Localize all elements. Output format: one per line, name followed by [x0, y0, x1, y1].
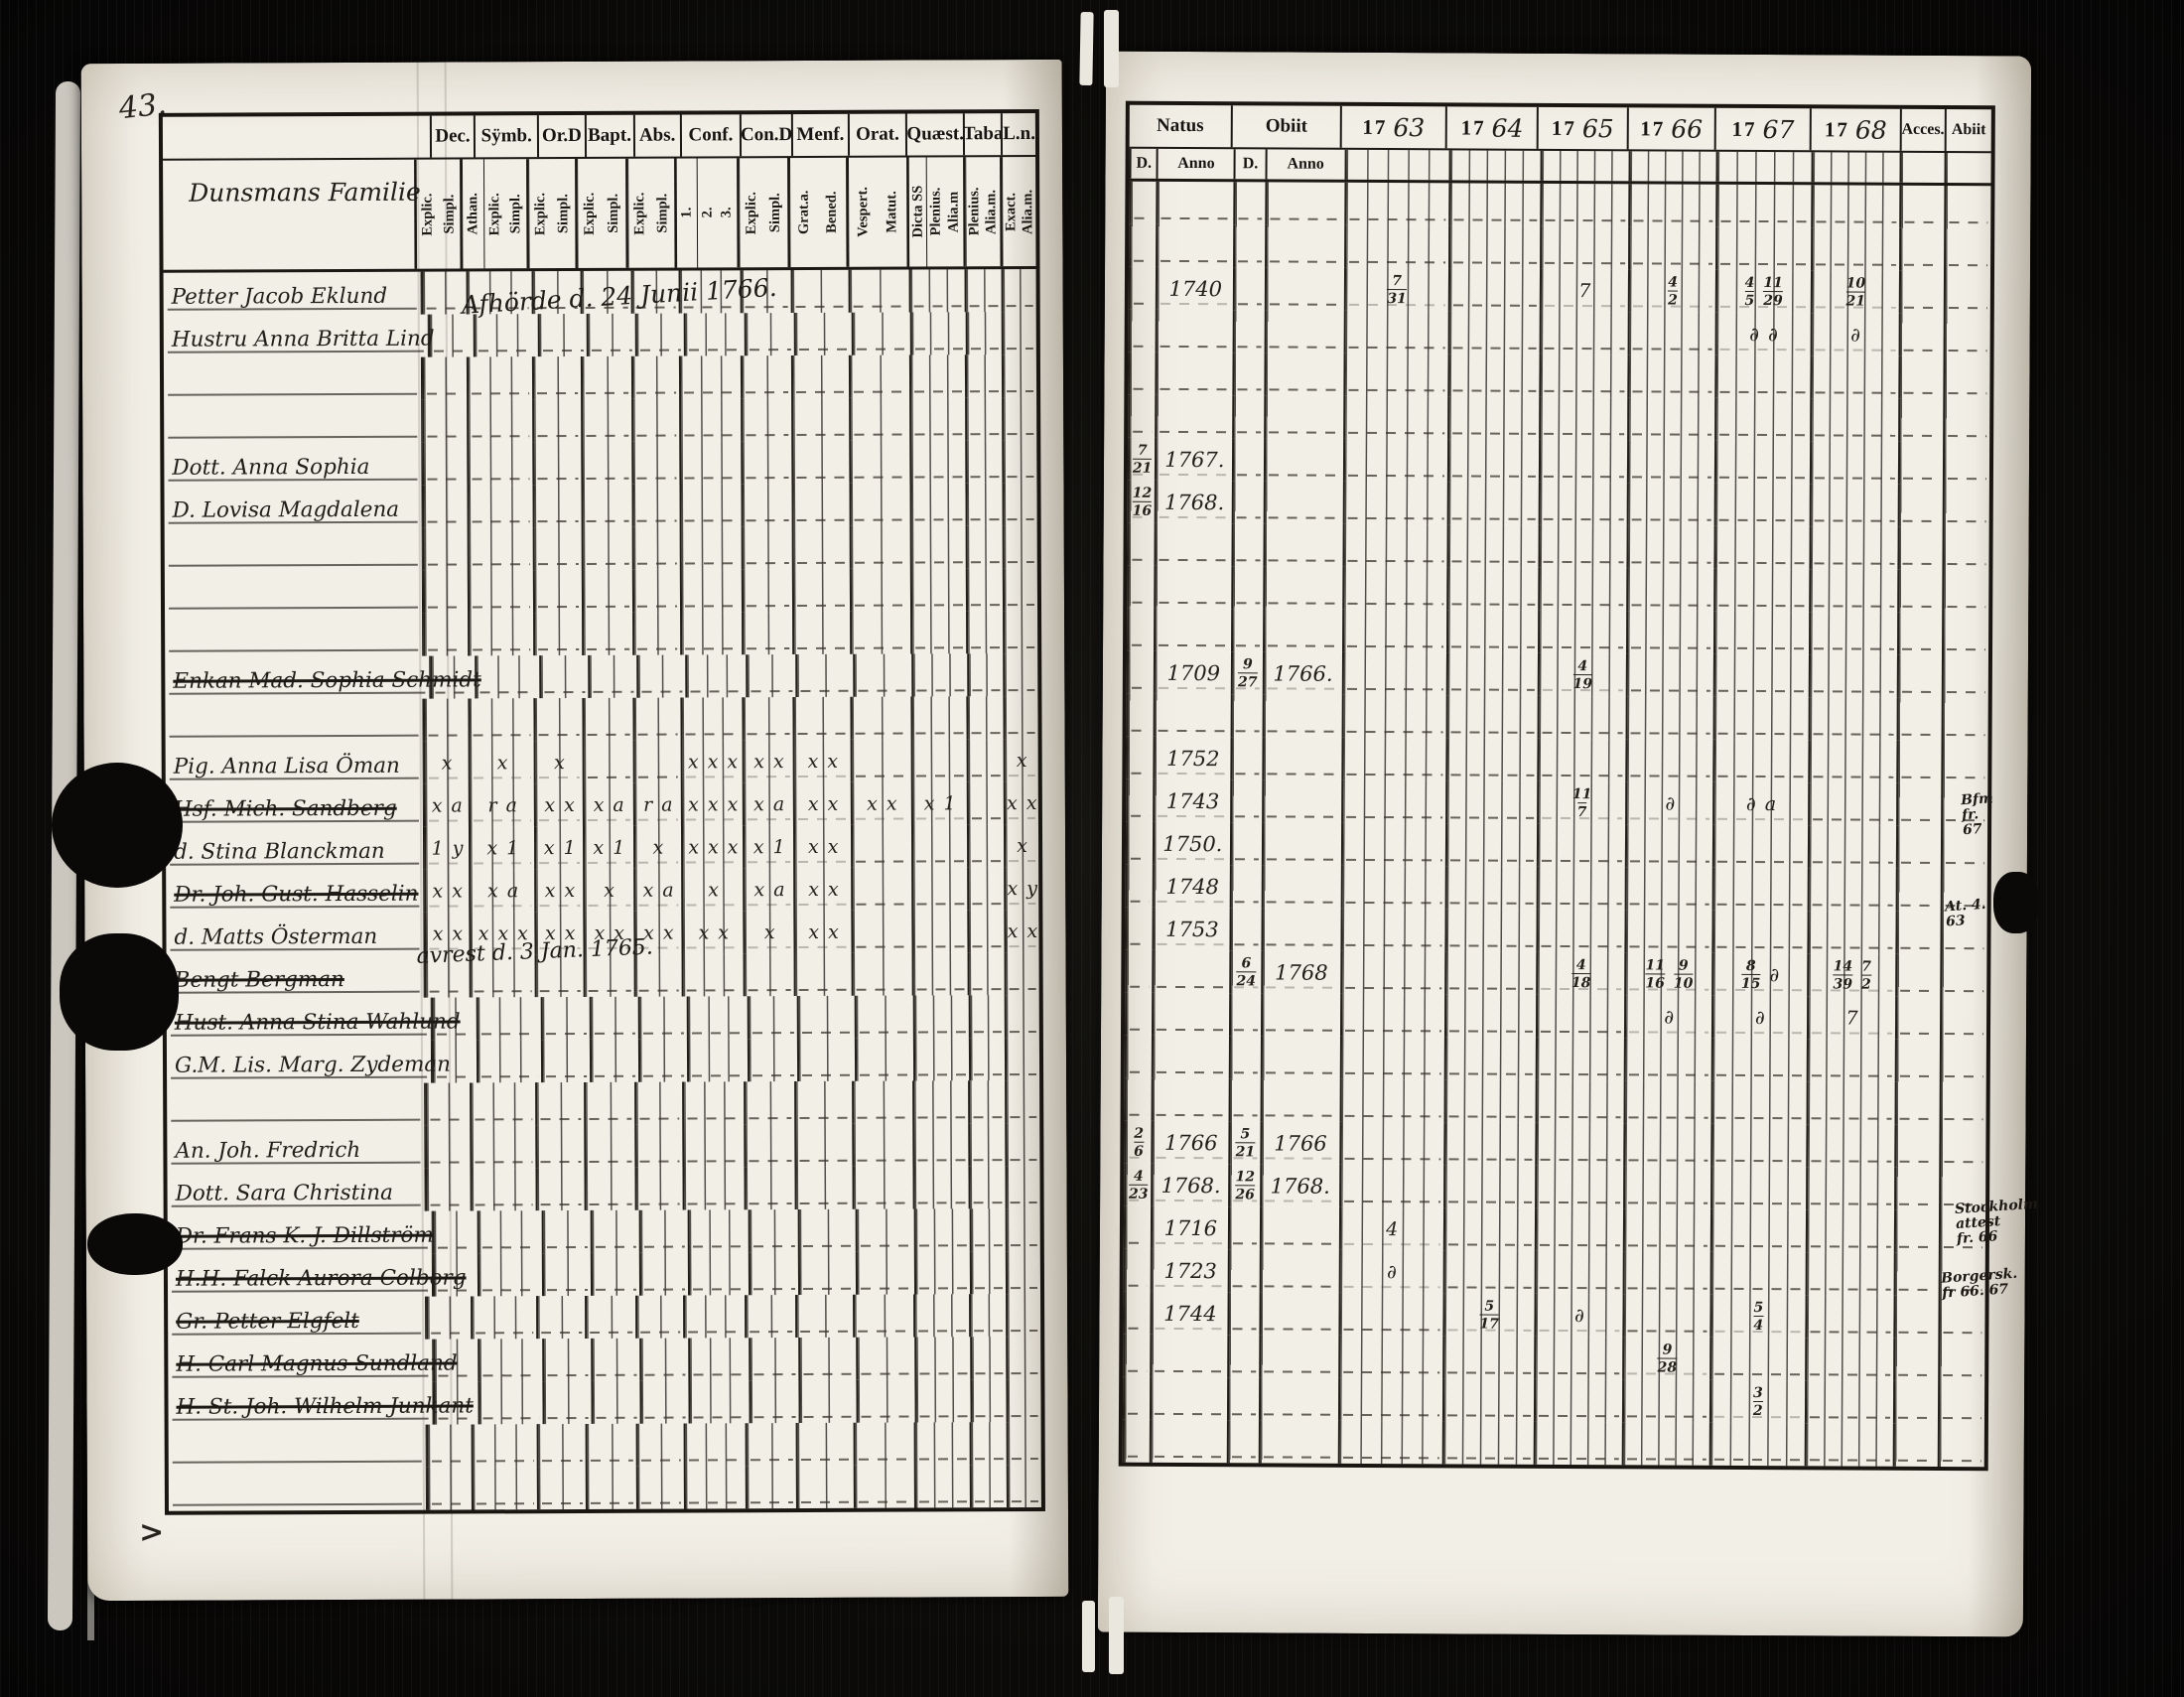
dash-rule — [1631, 689, 1710, 691]
mark-cell — [426, 1296, 472, 1339]
obiit-anno-cell — [1261, 822, 1340, 865]
dash-rule — [1347, 517, 1443, 520]
dash-rule — [1904, 307, 1941, 309]
mark-cell — [970, 1337, 1007, 1379]
dash-rule — [689, 1501, 743, 1503]
mark-cell — [796, 1423, 855, 1466]
dash-rule — [1630, 817, 1709, 819]
dash-rule — [799, 989, 849, 991]
dash-rule — [1719, 519, 1807, 521]
sub-column-label: Athan. — [462, 159, 483, 268]
dash-rule — [430, 1118, 468, 1120]
dash-rule — [432, 1502, 470, 1504]
obiit-day-cell — [1232, 438, 1263, 481]
natus-anno-cell: 1740 — [1156, 267, 1233, 310]
dash-rule — [856, 861, 907, 863]
dash-rule — [1236, 730, 1259, 732]
dash-rule — [1159, 730, 1228, 732]
mark-cell — [745, 313, 794, 355]
year-cell — [1443, 1079, 1535, 1122]
name-cell: Hsf. Mich. Sandberg — [166, 784, 424, 828]
obiit-day-cell: 927 — [1231, 651, 1262, 694]
handwritten-mark: x — [708, 879, 719, 901]
dash-rule — [1544, 390, 1625, 392]
handwritten-mark: ∂ — [1574, 1305, 1584, 1327]
mark-cell — [795, 1295, 854, 1338]
dash-rule — [475, 905, 532, 907]
fraction-bottom: 7 — [1577, 802, 1587, 820]
mark-cell: x — [1004, 824, 1038, 867]
year-cell — [1622, 1379, 1709, 1422]
dash-rule — [1543, 646, 1624, 648]
dash-rule — [1815, 477, 1896, 479]
dash-rule — [802, 1074, 852, 1076]
mark-cell — [967, 781, 1004, 824]
dash-rule — [1816, 263, 1897, 265]
table-row: 2617665211766 — [1124, 1121, 1985, 1169]
subheader-dec: Explic.Simpl. — [414, 159, 461, 268]
dash-rule — [975, 1244, 1004, 1246]
right-subheader-row: D.AnnoD.Anno — [1129, 149, 1990, 187]
obiit-anno-cell: 1766 — [1260, 1121, 1339, 1164]
dash-rule — [1265, 1071, 1336, 1073]
dash-rule — [1268, 516, 1339, 518]
table-row: 1743117∂∂a — [1126, 779, 1987, 827]
dash-rule — [546, 1033, 586, 1035]
year-cell — [1807, 911, 1896, 953]
handwritten-mark: ∂ — [1755, 1007, 1765, 1029]
year-cell — [1443, 1122, 1535, 1165]
obiit-day-cell — [1229, 1036, 1260, 1078]
year-cell — [1538, 483, 1627, 525]
dash-rule — [1344, 1158, 1440, 1161]
obiit-day-cell — [1227, 1377, 1258, 1420]
dash-rule — [1815, 349, 1896, 351]
mark-cell — [851, 868, 910, 911]
year-cell — [1343, 396, 1448, 440]
dash-rule — [1630, 903, 1709, 905]
abiit-cell — [1944, 314, 1990, 356]
mark-cell — [632, 613, 681, 655]
dash-rule — [803, 1373, 853, 1375]
dash-rule — [687, 904, 741, 906]
dash-rule — [1901, 819, 1938, 821]
handwritten-mark: x — [887, 792, 897, 814]
obiit-day-cell — [1230, 822, 1261, 865]
dash-rule — [798, 733, 848, 735]
mark-cell — [639, 1253, 687, 1296]
year-cell — [1539, 354, 1628, 397]
abiit-cell — [1942, 613, 1988, 655]
mark-cell — [913, 995, 969, 1038]
mark-cell — [914, 1337, 970, 1379]
mark-cell — [1002, 397, 1036, 440]
dash-rule — [855, 562, 906, 564]
mark-cell — [537, 1424, 586, 1467]
mark-cell: xx — [793, 825, 852, 868]
natus-day-cell — [1127, 523, 1155, 566]
dash-rule — [645, 1374, 685, 1376]
dash-rule — [970, 305, 999, 307]
mark-cell — [745, 1295, 795, 1338]
handwritten-mark: x — [452, 922, 463, 944]
year-cell — [1623, 1294, 1710, 1337]
obiit-anno-cell — [1265, 224, 1344, 267]
dash-rule — [1627, 1415, 1706, 1417]
obiit-day-cell — [1228, 1335, 1259, 1377]
dash-rule — [751, 1501, 793, 1503]
table-row: 1723∂ — [1124, 1249, 1985, 1297]
natus-anno-cell — [1154, 694, 1231, 737]
dash-rule — [1541, 903, 1622, 905]
natus-day-cell — [1127, 651, 1155, 694]
dash-rule — [1810, 1331, 1891, 1333]
year-cell — [1538, 611, 1627, 653]
dash-rule — [1450, 774, 1534, 776]
natus-day-cell: 423 — [1124, 1164, 1152, 1206]
dash-rule — [1946, 947, 1984, 949]
dash-rule — [1900, 1161, 1937, 1163]
dash-rule — [750, 1202, 792, 1204]
dash-rule — [1539, 1372, 1620, 1374]
natus-day-cell — [1129, 182, 1157, 224]
natus-year: 1768. — [1160, 1173, 1220, 1197]
dash-rule — [1631, 732, 1710, 734]
mark-cell — [637, 655, 685, 698]
dash-rule — [748, 776, 790, 778]
mark-fraction: 26 — [1134, 1125, 1144, 1159]
year-cell — [1535, 1038, 1624, 1080]
year-cell — [1341, 780, 1446, 824]
dash-rule — [747, 562, 789, 564]
dash-rule — [1131, 773, 1150, 775]
mark-cell — [683, 1167, 745, 1209]
mark-cell — [791, 484, 850, 526]
year-cell — [1448, 268, 1540, 311]
year-cell — [1340, 866, 1445, 910]
dash-rule — [1347, 475, 1443, 478]
dash-rule — [482, 1246, 539, 1248]
dash-rule — [973, 945, 1002, 947]
mark-cell — [533, 399, 582, 442]
dash-rule — [482, 1289, 539, 1291]
obiit-year: 1768. — [1271, 1174, 1330, 1198]
dash-rule — [686, 776, 740, 778]
dash-rule — [594, 1033, 635, 1035]
mark-cell — [911, 910, 968, 952]
dash-rule — [975, 1415, 1004, 1417]
mark-cell — [965, 269, 1002, 312]
year-cell — [1626, 739, 1713, 781]
dash-rule — [1349, 261, 1445, 264]
fraction-bottom: 29 — [1763, 291, 1783, 309]
dash-rule — [1156, 1285, 1225, 1287]
dash-rule — [1238, 431, 1261, 433]
mark-cell — [853, 1124, 912, 1167]
handwritten-mark: 1 — [613, 836, 624, 858]
mark-fraction: 32 — [1753, 1385, 1763, 1419]
abiit-cell — [1940, 1082, 1986, 1125]
table-row: Hust. Anna Stina Wahlund — [167, 995, 1039, 1042]
mark-cell — [634, 1168, 683, 1210]
margin-note: Borgersk. fr 66. 67 — [1941, 1267, 2019, 1302]
handwritten-mark: x — [728, 793, 739, 815]
table-row: 1748 — [1126, 865, 1987, 913]
dash-rule — [799, 349, 849, 351]
mark-cell — [742, 612, 792, 654]
dash-rule — [975, 1287, 1004, 1289]
dash-rule — [860, 1074, 911, 1076]
mark-cell — [536, 1125, 585, 1168]
name-cell: H. Carl Magnus Sundland — [168, 1340, 433, 1383]
dash-rule — [914, 433, 962, 435]
mark-cell — [591, 1339, 640, 1381]
table-row — [1129, 182, 1990, 229]
dash-rule — [1159, 644, 1228, 646]
fraction-bottom: 2 — [1753, 1401, 1763, 1419]
obiit-anno-cell — [1260, 1078, 1339, 1121]
mark-cell — [542, 1253, 590, 1296]
mark-cell — [471, 1125, 536, 1168]
dash-rule — [917, 1159, 965, 1161]
mark-cell — [536, 1296, 585, 1339]
mark-cell — [1003, 525, 1037, 568]
margin-mark: > — [139, 1515, 164, 1550]
dash-rule — [1159, 773, 1228, 775]
fraction-top: 7 — [1861, 958, 1871, 974]
dash-rule — [859, 1501, 910, 1503]
dash-rule — [797, 519, 847, 521]
year-cell: ∂a — [1712, 782, 1808, 825]
dash-rule — [750, 349, 791, 351]
name-cell: Dr. Frans K. J. Dillström — [168, 1211, 433, 1255]
dash-rule — [1238, 260, 1261, 262]
dash-rule — [860, 1245, 911, 1247]
obiit-day-cell — [1228, 1206, 1259, 1249]
year-cell: 928 — [1622, 1337, 1709, 1379]
subheader-label: D. — [1234, 149, 1265, 179]
name-cell: An. Joh. Fredrich — [167, 1126, 425, 1170]
handwritten-mark: ∂ — [1387, 1261, 1397, 1283]
name-cell: Dr. Joh. Gust. Hasselin — [166, 870, 424, 914]
fraction-top: 4 — [1745, 274, 1755, 290]
year-cell — [1626, 696, 1713, 739]
dash-rule — [797, 605, 847, 607]
dash-rule — [588, 819, 630, 821]
dash-rule — [590, 1332, 632, 1334]
year-cell — [1443, 1165, 1535, 1207]
dash-rule — [1628, 1287, 1707, 1289]
dash-rule — [474, 862, 531, 864]
mark-cell — [791, 355, 850, 398]
name-cell — [164, 400, 422, 444]
dash-rule — [751, 1331, 793, 1333]
year-cell — [1627, 525, 1714, 568]
dash-rule — [1715, 1288, 1803, 1290]
mark-cell: xa — [423, 783, 469, 826]
dash-rule — [1629, 988, 1708, 990]
mark-cell — [581, 442, 631, 485]
dash-rule — [1718, 733, 1806, 735]
dash-rule — [919, 1287, 967, 1289]
mark-cell: x1 — [534, 826, 583, 869]
dash-rule — [438, 1246, 475, 1248]
dash-rule — [1266, 943, 1337, 945]
mark-fraction: 517 — [1479, 1298, 1499, 1332]
dash-rule — [685, 647, 739, 649]
mark-cell — [584, 1125, 634, 1168]
dash-rule — [587, 606, 629, 608]
dash-rule — [971, 518, 1000, 520]
natus-anno-cell — [1151, 1335, 1228, 1377]
dash-rule — [861, 1373, 912, 1375]
obiit-day-cell — [1232, 566, 1263, 609]
mark-cell — [581, 356, 631, 399]
fraction-top: 8 — [1746, 957, 1756, 973]
dash-rule — [589, 990, 631, 992]
mark-cell — [681, 697, 743, 740]
dash-rule — [548, 1289, 588, 1291]
mark-cell — [911, 653, 967, 696]
year-cell — [1339, 1037, 1444, 1080]
dash-rule — [1811, 1074, 1892, 1076]
fraction-top: 9 — [1243, 656, 1253, 672]
sub-column-label: Exact. — [1002, 157, 1020, 266]
rule-line — [171, 1119, 420, 1122]
handwritten-mark: x — [764, 921, 775, 943]
dash-rule — [1943, 1460, 1981, 1462]
dash-rule — [1345, 944, 1441, 947]
obiit-day-cell — [1233, 353, 1264, 395]
mark-cell — [639, 1210, 687, 1253]
dash-rule — [645, 1417, 685, 1419]
mark-cell — [798, 1209, 856, 1252]
year-cell — [1622, 1422, 1709, 1465]
year-script: 68 — [1855, 115, 1887, 144]
mark-cell — [968, 1123, 1005, 1166]
year-cell — [1537, 696, 1626, 739]
mark-cell: xxx — [681, 782, 743, 825]
handwritten-mark: x — [753, 836, 764, 858]
dash-rule — [1902, 777, 1939, 778]
mark-cell — [912, 1123, 969, 1166]
dash-rule — [1161, 217, 1231, 219]
mark-cell: x1 — [910, 781, 967, 824]
dash-rule — [1949, 392, 1987, 394]
dash-rule — [1160, 346, 1230, 348]
mark-cell — [744, 953, 794, 996]
dash-rule — [644, 1246, 684, 1248]
mark-cell — [850, 526, 909, 569]
dash-rule — [1131, 815, 1150, 817]
dash-rule — [970, 476, 999, 478]
year-cell — [1626, 653, 1713, 696]
handwritten-mark: x — [1007, 878, 1018, 900]
handwritten-mark: x — [808, 878, 819, 900]
dash-rule — [1345, 1030, 1441, 1033]
natus-anno-cell: 1744 — [1151, 1292, 1228, 1335]
mark-cell — [1005, 995, 1039, 1038]
table-row: Dott. Anna Sophia — [164, 440, 1036, 487]
handwritten-mark: x — [487, 880, 498, 902]
dash-rule — [1233, 1242, 1256, 1244]
dash-rule — [747, 605, 789, 607]
natus-anno-cell: 1753 — [1153, 908, 1230, 950]
mark-cell — [1005, 1123, 1039, 1166]
year-cell — [1339, 1122, 1444, 1166]
mark-cell — [688, 1338, 750, 1380]
dash-rule — [586, 435, 628, 437]
year-cell — [1539, 312, 1628, 354]
dash-rule — [1899, 1203, 1936, 1205]
abiit-header: Abiit — [1945, 109, 1991, 151]
dash-rule — [689, 1459, 743, 1461]
dash-rule — [1157, 1071, 1226, 1073]
dash-rule — [473, 435, 530, 437]
dash-rule — [751, 1459, 793, 1461]
obiit-anno-cell — [1264, 395, 1343, 438]
acces-subgrid — [1900, 153, 1945, 183]
dash-rule — [972, 817, 1001, 819]
dash-rule — [917, 1116, 965, 1118]
natus-day-cell — [1126, 737, 1154, 779]
dash-rule — [1902, 648, 1939, 650]
year-cell: ∂ — [1338, 1250, 1443, 1294]
obiit-day-cell — [1229, 993, 1260, 1036]
table-row: 17099271766.419 — [1127, 651, 1988, 699]
acces-cell — [1898, 570, 1943, 613]
natus-day-cell — [1126, 822, 1154, 865]
dash-rule — [539, 734, 580, 736]
year-cell — [1445, 738, 1537, 780]
year-cell — [1628, 226, 1715, 269]
dash-rule — [1156, 1370, 1225, 1372]
dash-rule — [1944, 1332, 1982, 1334]
year-cell — [1535, 1166, 1624, 1208]
dash-rule — [588, 777, 630, 778]
dash-rule — [1812, 1032, 1893, 1034]
dash-rule — [688, 1202, 742, 1204]
dash-rule — [693, 1416, 746, 1418]
handwritten-mark: x — [728, 836, 739, 858]
dash-rule — [642, 691, 682, 693]
dash-rule — [480, 691, 537, 693]
mark-cell — [422, 527, 468, 570]
dash-rule — [542, 1460, 583, 1462]
mark-cell: x — [583, 869, 633, 912]
table-row: 32 — [1123, 1377, 1984, 1425]
abiit-cell — [1942, 570, 1988, 613]
dash-rule — [1810, 1416, 1891, 1418]
acces-cell — [1897, 655, 1942, 698]
dash-rule — [914, 390, 962, 392]
natus-anno-cell — [1156, 310, 1233, 353]
year-cell: 7 — [1539, 269, 1628, 312]
rule-line — [173, 1461, 422, 1464]
table-row — [1125, 1078, 1986, 1126]
sub-column-label: Plenius. — [926, 157, 945, 266]
dash-rule — [1716, 1117, 1804, 1119]
acces-cell — [1893, 1424, 1938, 1467]
fraction-top: 11 — [1763, 275, 1783, 291]
column-header-taba: Taba — [963, 113, 1001, 155]
mark-cell — [1007, 1422, 1041, 1465]
dash-rule — [1631, 775, 1710, 777]
mark-fraction: 117 — [1572, 786, 1592, 820]
dash-rule — [1903, 435, 1940, 437]
dash-rule — [747, 434, 789, 436]
dash-rule — [542, 1502, 583, 1504]
